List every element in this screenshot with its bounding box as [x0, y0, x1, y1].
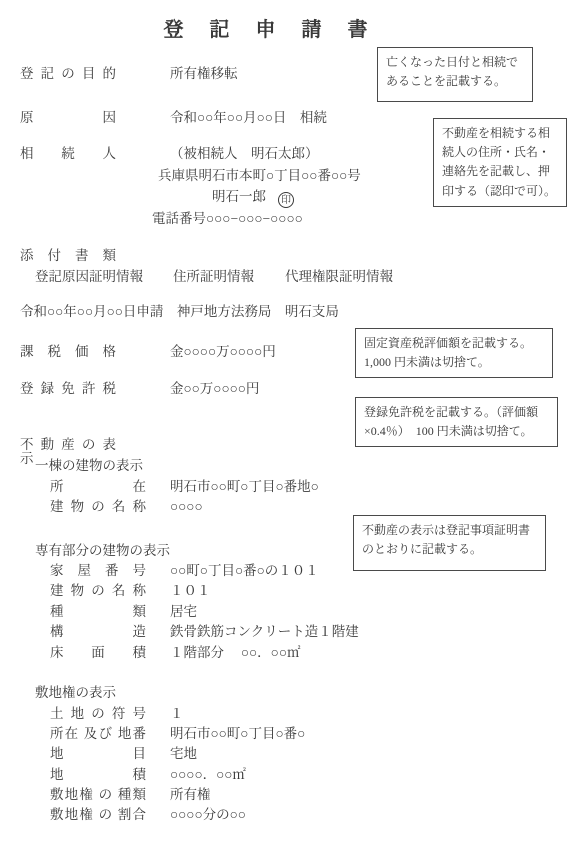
- attachment-item: 登記原因証明情報: [35, 270, 143, 284]
- cause-label: 原 因: [20, 111, 116, 125]
- land-number-value: １: [170, 707, 184, 721]
- building-section-heading: 一棟の建物の表示: [35, 459, 143, 473]
- land-number-label: 土 地 の 符 号: [50, 707, 146, 721]
- document-title: 登 記 申 請 書: [0, 13, 534, 42]
- seal-stamp-icon: 印: [278, 192, 294, 208]
- heir-label: 相 続 人: [20, 147, 116, 161]
- land-category-value: 宅地: [170, 747, 197, 761]
- callout-heir-info-note: 不動産を相続する相続人の住所・氏名・連絡先を記載し、押印する（認印で可）。: [433, 118, 567, 207]
- purpose-label: 登 記 の 目 的: [20, 67, 116, 81]
- heir-name: 明石一郎: [212, 189, 266, 204]
- license-tax-label: 登 録 免 許 税: [20, 382, 116, 396]
- house-number-value: ○○町○丁目○番○の１０１: [170, 564, 319, 578]
- land-category-label: 地 目: [50, 747, 146, 761]
- right-ratio-value: ○○○○分の○○: [170, 808, 246, 822]
- structure-label: 構 造: [50, 625, 146, 639]
- land-location-value: 明石市○○町○丁目○番○: [170, 727, 305, 741]
- exclusive-section-heading: 専有部分の建物の表示: [35, 544, 170, 558]
- right-type-label: 敷地権 の 種類: [50, 788, 146, 802]
- heir-name-line: 明石一郎印: [212, 190, 294, 208]
- attachment-item: 代理権限証明情報: [285, 270, 393, 284]
- callout-property-display-note: 不動産の表示は登記事項証明書のとおりに記載する。: [353, 515, 546, 571]
- assessed-value-label: 課 税 価 格: [20, 345, 116, 359]
- structure-value: 鉄骨鉄筋コンクリート造１階建: [170, 625, 359, 639]
- right-ratio-label: 敷地権 の 割合: [50, 808, 146, 822]
- unit-name-label: 建 物 の 名 称: [50, 584, 146, 598]
- type-value: 居宅: [170, 605, 197, 619]
- attachment-item: 住所証明情報: [173, 270, 254, 284]
- building-name-label: 建 物 の 名 称: [50, 500, 146, 514]
- location-value: 明石市○○町○丁目○番地○: [170, 480, 319, 494]
- unit-name-value: １０１: [170, 584, 211, 598]
- floor-area-value: １階部分 ○○．○○㎡: [170, 646, 301, 660]
- heir-phone: 電話番号○○○−○○○−○○○○: [152, 212, 303, 226]
- type-label: 種 類: [50, 605, 146, 619]
- assessed-value: 金○○○○万○○○○円: [170, 345, 276, 359]
- callout-death-date-note: 亡くなった日付と相続であることを記載する。: [377, 47, 533, 102]
- heir-address: 兵庫県明石市本町○丁目○○番○○号: [158, 169, 361, 183]
- location-label: 所 在: [50, 480, 146, 494]
- application-line: 令和○○年○○月○○日申請 神戸地方法務局 明石支局: [20, 305, 339, 319]
- land-location-label: 所在 及び 地番: [50, 727, 146, 741]
- attachments-heading: 添 付 書 類: [20, 249, 116, 263]
- registration-application-document: 登 記 申 請 書 登 記 の 目 的 所有権移転 原 因 令和○○年○○月○○…: [0, 0, 578, 844]
- heir-decedent: （被相続人 明石太郎）: [170, 147, 319, 161]
- house-number-label: 家 屋 番 号: [50, 564, 146, 578]
- license-tax-value: 金○○万○○○○円: [170, 382, 259, 396]
- cause-value: 令和○○年○○月○○日 相続: [170, 111, 327, 125]
- land-right-section-heading: 敷地権の表示: [35, 686, 116, 700]
- purpose-value: 所有権移転: [170, 67, 238, 81]
- callout-license-tax-note: 登録免許税を記載する。（評価額×0.4％） 100 円未満は切捨て。: [355, 397, 558, 447]
- land-area-label: 地 積: [50, 768, 146, 782]
- right-type-value: 所有権: [170, 788, 211, 802]
- land-area-value: ○○○○．○○㎡: [170, 768, 246, 782]
- floor-area-label: 床 面 積: [50, 646, 146, 660]
- callout-assessed-value-note: 固定資産税評価額を記載する。1,000 円未満は切捨て。: [355, 328, 553, 378]
- building-name-value: ○○○○: [170, 500, 203, 514]
